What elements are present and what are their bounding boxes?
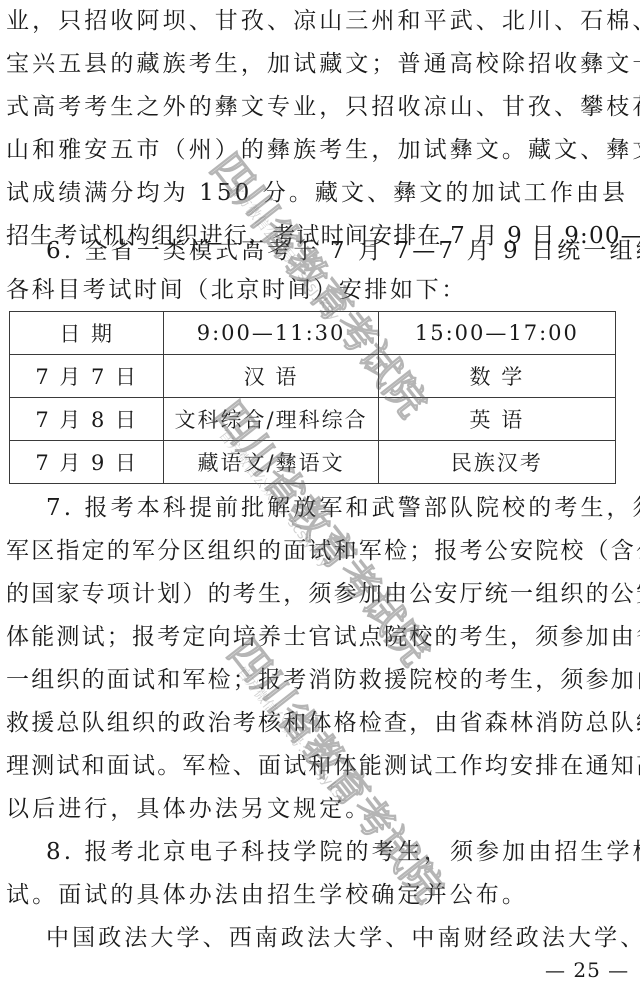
text-line: 试成绩满分均为 150 分。藏文、彝文的加试工作由县（市、区）	[6, 178, 626, 208]
paragraph-7-line: 军区指定的军分区组织的面试和军检；报考公安院校（含公安院校	[6, 536, 626, 566]
paragraph-7-line: 的国家专项计划）的考生，须参加由公安厅统一组织的公安面试和	[6, 579, 626, 609]
text-line: 山和雅安五市（州）的彝族考生，加试彝文。藏文、彝文的加	[6, 135, 626, 165]
table-row: 7 月 9 日 藏语文/彝语文 民族汉考	[10, 441, 616, 484]
paragraph-6-heading: 6. 全省一类模式高考于 7 月 7—7 月 9 日统一组织进行。	[46, 236, 626, 266]
cell-morning: 文科综合/理科综合	[164, 398, 378, 441]
paragraph-7-line: 7. 报考本科提前批解放军和武警部队院校的考生，须参加由省	[46, 493, 626, 523]
paragraph-7-line: 理测试和面试。军检、面试和体能测试工作均安排在通知高考成绩	[6, 751, 626, 781]
text-line: 式高考考生之外的彝文专业，只招收凉山、甘孜、攀枝花、乐	[6, 92, 626, 122]
header-afternoon: 15:00—17:00	[378, 312, 615, 355]
cell-date: 7 月 7 日	[10, 355, 164, 398]
page-number: — 25 —	[545, 958, 629, 982]
paragraph-7-line: 体能测试；报考定向培养士官试点院校的考生，须参加由省军区统	[6, 622, 626, 652]
header-morning: 9:00—11:30	[164, 312, 378, 355]
table-header-row: 日 期 9:00—11:30 15:00—17:00	[10, 312, 616, 355]
cell-afternoon: 英 语	[378, 398, 615, 441]
table-row: 7 月 7 日 汉 语 数 学	[10, 355, 616, 398]
text-line: 宝兴五县的藏族考生，加试藏文；普通高校除招收彝文一类模	[6, 49, 626, 79]
cell-date: 7 月 8 日	[10, 398, 164, 441]
cell-afternoon: 民族汉考	[378, 441, 615, 484]
cell-afternoon: 数 学	[378, 355, 615, 398]
cell-morning: 藏语文/彝语文	[164, 441, 378, 484]
header-date: 日 期	[10, 312, 164, 355]
table-row: 7 月 8 日 文科综合/理科综合 英 语	[10, 398, 616, 441]
exam-schedule-table: 日 期 9:00—11:30 15:00—17:00 7 月 7 日 汉 语 数…	[9, 311, 616, 484]
paragraph-7-line: 救援总队组织的政治考核和体格检查，由省森林消防总队组织的心	[6, 708, 626, 738]
paragraph-9-line: 中国政法大学、西南政法大学、中南财经政法大学、华东政法	[46, 923, 626, 953]
cell-date: 7 月 9 日	[10, 441, 164, 484]
text-line: 业，只招收阿坝、甘孜、凉山三州和平武、北川、石棉、汉源、	[6, 6, 626, 36]
cell-morning: 汉 语	[164, 355, 378, 398]
paragraph-7-line: 以后进行，具体办法另文规定。	[6, 794, 626, 824]
paragraph-8-line: 8. 报考北京电子科技学院的考生，须参加由招生学校组织的面	[46, 837, 626, 867]
paragraph-7-line: 一组织的面试和军检；报考消防救援院校的考生，须参加由省消防	[6, 665, 626, 695]
paragraph-6-intro: 各科目考试时间（北京时间）安排如下：	[6, 275, 626, 305]
paragraph-8-line: 试。面试的具体办法由招生学校确定并公布。	[6, 880, 626, 910]
